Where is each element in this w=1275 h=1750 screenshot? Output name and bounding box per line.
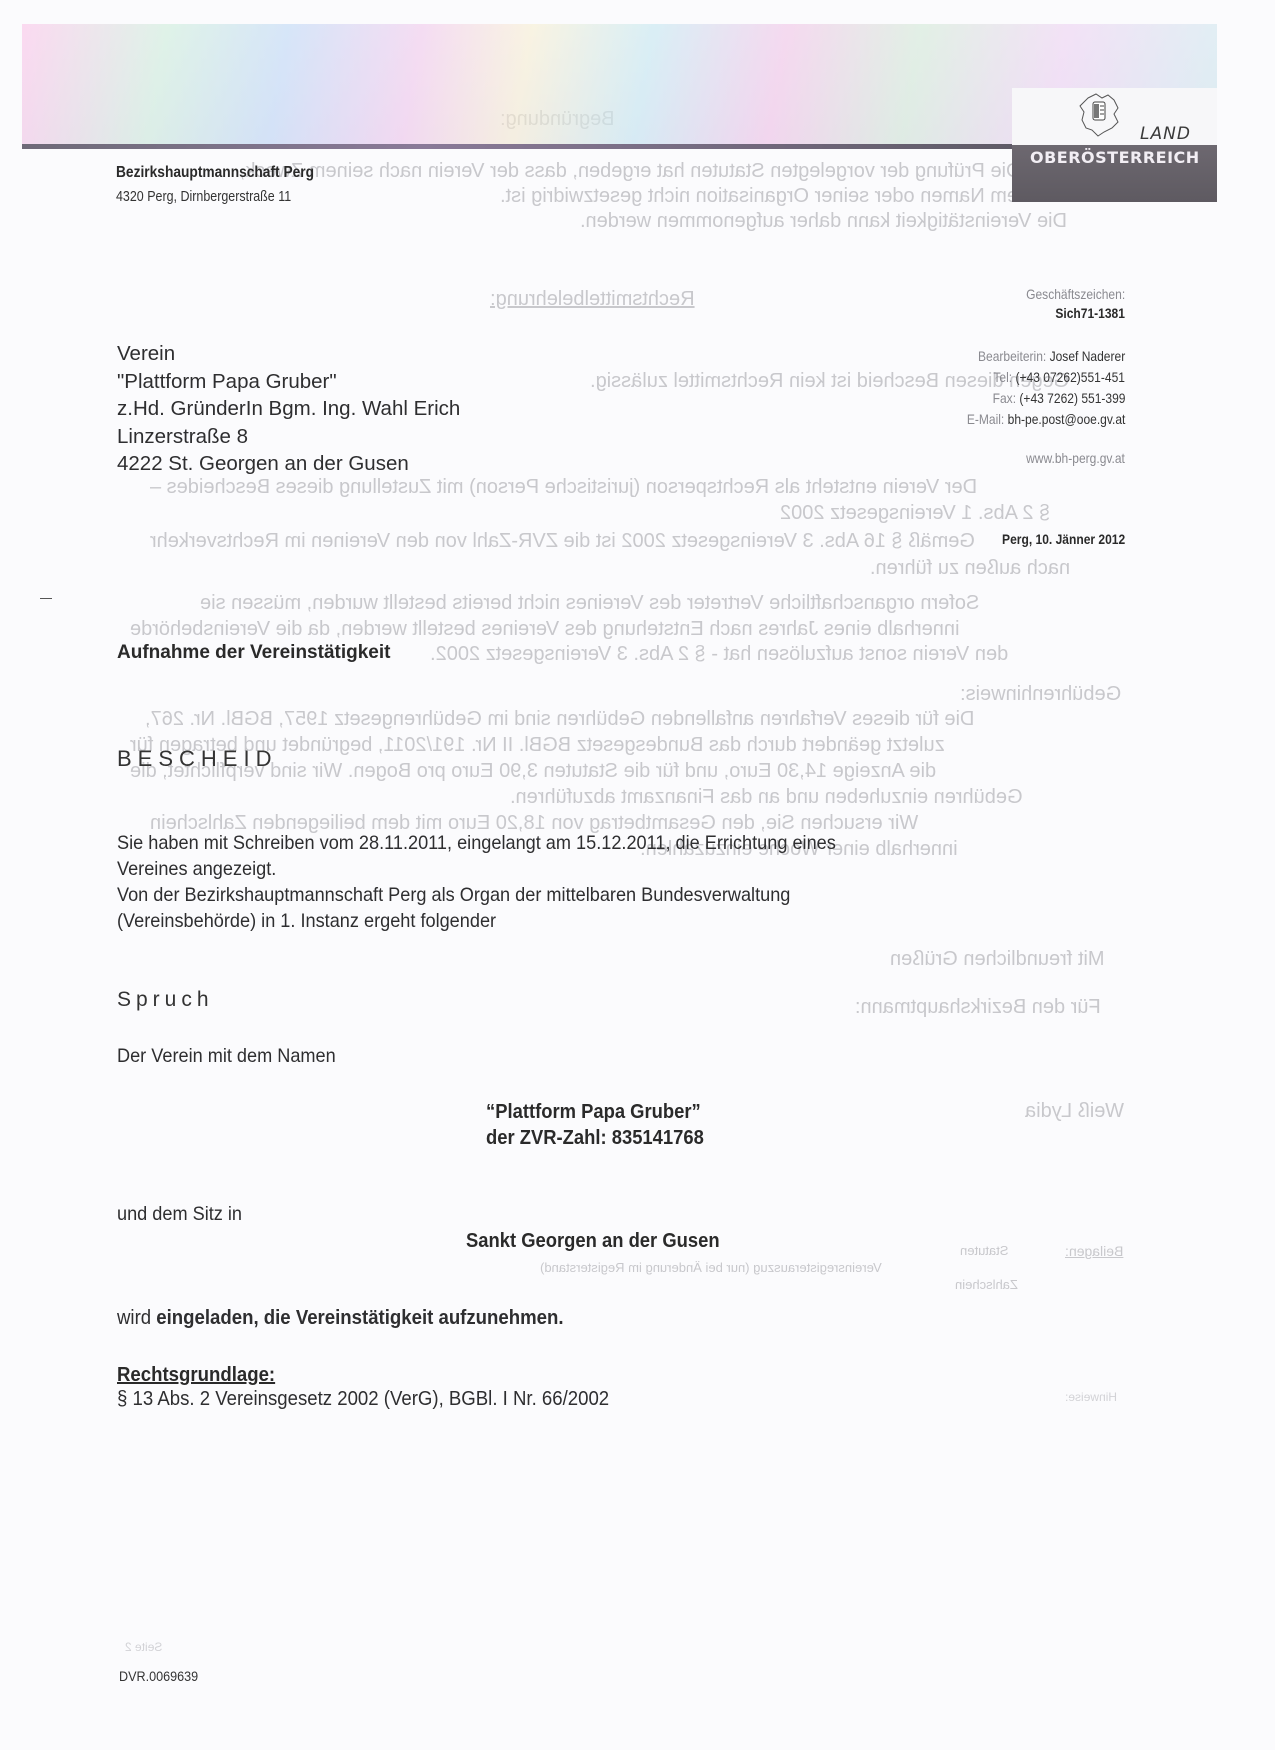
bleed-line: nach außen zu führen.: [870, 557, 1070, 580]
bleed-line: Gebühren einzuheben und an das Finanzamt…: [510, 786, 1023, 809]
bleed-line: Gemäß § 16 Abs. 3 Vereinsgesetz 2002 ist…: [150, 530, 975, 553]
recipient-line: z.Hd. GründerIn Bgm. Ing. Wahl Erich: [117, 395, 460, 423]
sender-address: 4320 Perg, Dirnbergerstraße 11: [116, 189, 291, 205]
legal-basis-heading: Rechtsgrundlage:: [117, 1364, 275, 1387]
bleed-line: Für den Bezirkshauptmann:: [855, 996, 1101, 1019]
dvr-number: DVR.0069639: [119, 1668, 198, 1684]
phone-label: Tel:: [993, 369, 1012, 385]
association-intro: Der Verein mit dem Namen: [117, 1045, 336, 1068]
bleed-line: seinem Namen oder seiner Organisation ni…: [500, 185, 1055, 208]
bleed-line: Zahlschein: [955, 1277, 1018, 1292]
bleed-line: Sofern organschaftliche Vertreter des Ve…: [200, 592, 979, 615]
bleed-line: Statuten: [960, 1243, 1008, 1258]
intro-paragraph: Sie haben mit Schreiben vom 28.11.2011, …: [117, 830, 1028, 934]
fax-line: Fax: (+43 7262) 551-399: [992, 390, 1125, 406]
sender-name: Bezirkshauptmannschaft Perg: [116, 164, 314, 182]
spruch-heading: Spruch: [117, 988, 214, 1012]
seat-intro: und dem Sitz in: [117, 1203, 242, 1226]
logo-land-text: LAND: [1140, 124, 1191, 144]
email-line: E-Mail: bh-pe.post@ooe.gv.at: [966, 411, 1125, 427]
recipient-line: Verein: [117, 340, 460, 368]
email-label: E-Mail:: [966, 411, 1003, 427]
intro-line: Von der Bezirkshauptmannschaft Perg als …: [117, 882, 1028, 908]
intro-line: Vereines angezeigt.: [117, 856, 1028, 882]
legal-basis-text: § 13 Abs. 2 Vereinsgesetz 2002 (VerG), B…: [117, 1388, 609, 1411]
bleed-line: § 2 Abs. 1 Vereinsgesetz 2002: [780, 502, 1050, 525]
invitation-sentence: wird eingeladen, die Vereinstätigkeit au…: [117, 1307, 564, 1330]
association-name-block: “Plattform Papa Gruber” der ZVR-Zahl: 83…: [486, 1099, 704, 1151]
phone-value: (+43 07262)551-451: [1016, 369, 1125, 385]
bleed-line: Seite 2: [125, 1640, 162, 1654]
bleed-line: Mit freundlichen Grüßen: [890, 948, 1105, 971]
association-name: “Plattform Papa Gruber”: [486, 1099, 704, 1125]
recipient-line: Linzerstraße 8: [117, 423, 460, 451]
bleed-line: Hinweise:: [1065, 1390, 1117, 1404]
bleed-line: Die Prüfung der vorgelegten Statuten hat…: [240, 160, 1020, 183]
phone-line: Tel: (+43 07262)551-451: [993, 369, 1125, 385]
seat-value: Sankt Georgen an der Gusen: [466, 1230, 720, 1253]
bleed-line: Der Verein entsteht als Rechtsperson (ju…: [150, 476, 977, 499]
document-page: Begründung: Die Prüfung der vorgelegten …: [0, 0, 1275, 1750]
intro-line: Sie haben mit Schreiben vom 28.11.2011, …: [117, 830, 1028, 856]
bleed-line: den Verein sonst aufzulösen hat - § 2 Ab…: [430, 643, 1008, 666]
logo-name-text: OBERÖSTERREICH: [1030, 148, 1200, 167]
invite-prefix: wird: [117, 1307, 151, 1329]
recipient-line: "Plattform Papa Gruber": [117, 368, 460, 396]
bleed-line: Vereinsregisterauszug (nur bei Änderung …: [540, 1260, 882, 1275]
bescheid-heading: BESCHEID: [117, 746, 277, 772]
recipient-line: 4222 St. Georgen an der Gusen: [117, 450, 460, 478]
bleed-line: Gebührenhinweis:: [960, 683, 1121, 706]
bleed-line: Rechtsmittelbelehrung:: [490, 288, 695, 311]
reference-label: Geschäftszeichen:: [1026, 286, 1125, 302]
zvr-number: der ZVR-Zahl: 835141768: [486, 1125, 704, 1151]
email-value[interactable]: bh-pe.post@ooe.gv.at: [1007, 411, 1125, 427]
invite-bold: eingeladen, die Vereinstätigkeit aufzune…: [156, 1307, 563, 1329]
bleed-line: Weiß Lydia: [1025, 1100, 1124, 1123]
clerk-label: Bearbeiterin:: [978, 348, 1046, 364]
recipient-address: Verein "Plattform Papa Gruber" z.Hd. Grü…: [117, 340, 460, 478]
coat-of-arms-map-icon: [1078, 92, 1122, 138]
fax-value: (+43 7262) 551-399: [1019, 390, 1125, 406]
fax-label: Fax:: [992, 390, 1015, 406]
bleed-line: innerhalb eines Jahres nach Entstehung d…: [130, 618, 959, 641]
bleed-line: Die Vereinstätigkeit kann daher aufgenom…: [580, 210, 1067, 233]
website-link[interactable]: www.bh-perg.gv.at: [1026, 450, 1125, 466]
clerk-value: Josef Naderer: [1049, 348, 1125, 364]
scan-mark: [40, 598, 52, 599]
subject-heading: Aufnahme der Vereinstätigkeit: [117, 642, 390, 664]
bleed-line: Beilagen:: [1065, 1243, 1123, 1259]
bleed-line: Die für dieses Verfahren anfallenden Geb…: [145, 708, 974, 731]
header-stripe: [22, 144, 1022, 149]
clerk-line: Bearbeiterin: Josef Naderer: [978, 348, 1125, 364]
letter-date: Perg, 10. Jänner 2012: [1002, 531, 1125, 547]
reference-value: Sich71-1381: [1055, 305, 1125, 321]
intro-line: (Vereinsbehörde) in 1. Instanz ergeht fo…: [117, 908, 1028, 934]
